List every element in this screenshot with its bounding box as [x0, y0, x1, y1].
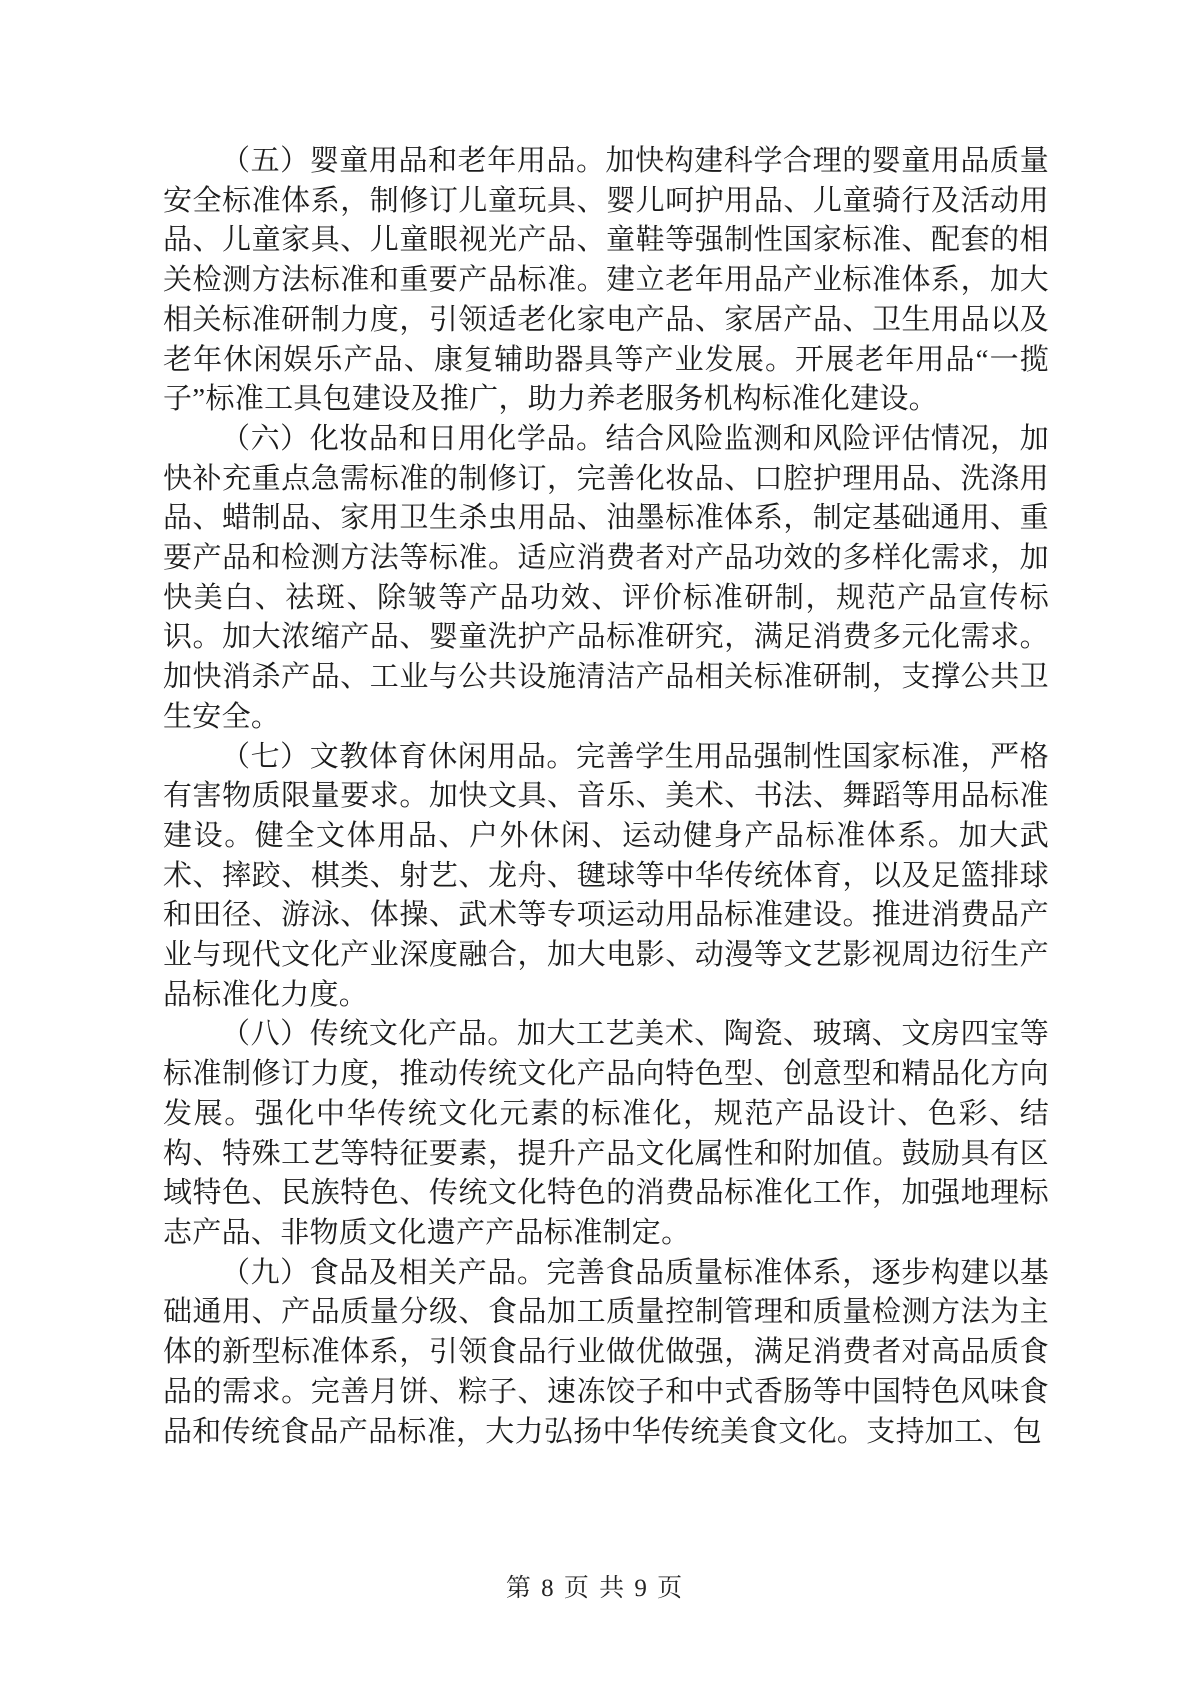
paragraph-item-6: （六）化妆品和日用化学品。结合风险监测和风险评估情况，加快补充重点急需标准的制修… [163, 420, 1049, 738]
paragraph-item-9: （九）食品及相关产品。完善食品质量标准体系，逐步构建以基础通用、产品质量分级、食… [163, 1254, 1049, 1453]
document-body: （五）婴童用品和老年用品。加快构建科学合理的婴童用品质量安全标准体系，制修订儿童… [163, 142, 1049, 1452]
paragraph-item-7: （七）文教体育休闲用品。完善学生用品强制性国家标准，严格有害物质限量要求。加快文… [163, 738, 1049, 1016]
document-page: （五）婴童用品和老年用品。加快构建科学合理的婴童用品质量安全标准体系，制修订儿童… [0, 0, 1190, 1683]
paragraph-item-5: （五）婴童用品和老年用品。加快构建科学合理的婴童用品质量安全标准体系，制修订儿童… [163, 142, 1049, 420]
paragraph-item-8: （八）传统文化产品。加大工艺美术、陶瓷、玻璃、文房四宝等标准制修订力度，推动传统… [163, 1015, 1049, 1253]
page-number-footer: 第 8 页 共 9 页 [0, 1568, 1190, 1604]
